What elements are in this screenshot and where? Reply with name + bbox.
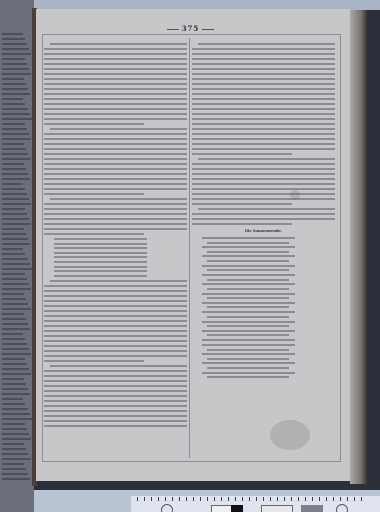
page-number: 375 [182,24,200,33]
poem-line [207,297,289,299]
poem-line [207,376,289,378]
text-line [44,355,187,357]
text-line [44,48,187,50]
text-line [2,313,24,315]
text-line [192,153,292,155]
poem-line [202,246,295,248]
text-line [192,188,335,190]
poem-line [54,261,147,263]
text-line [44,143,187,145]
ruler-patch-black [231,505,243,512]
text-line [2,98,23,100]
text-line [2,383,26,385]
text-line [192,53,335,55]
text-line [50,128,187,130]
text-line [192,108,335,110]
paragraph [44,198,187,235]
text-line [2,73,31,75]
poem-line [202,237,295,239]
text-line [192,103,335,105]
text-line [2,108,28,110]
text-line [2,393,30,395]
text-line [2,58,25,60]
text-line [192,78,335,80]
text-line [44,300,187,302]
poem-line [202,265,295,267]
text-line [44,420,187,422]
text-line [192,113,335,115]
poem-line [202,362,295,364]
text-line [2,443,24,445]
text-line [2,243,30,245]
page-edge [350,10,368,484]
poem-line [54,247,147,249]
text-line [44,345,187,347]
ruler-patch-grey [301,505,323,512]
header-rule-left [167,29,179,30]
text-line [44,290,187,292]
text-line [44,93,187,95]
text-line [44,153,187,155]
poem-line [202,255,295,257]
text-line [44,78,187,80]
poem-line [202,274,295,276]
text-line [2,143,24,145]
text-line [44,103,187,105]
text-line [2,133,29,135]
text-line [2,408,28,410]
text-line [44,375,187,377]
text-line [2,148,26,150]
text-line [44,223,187,225]
poem-line [202,311,295,313]
text-line [44,350,187,352]
text-line [2,288,31,290]
text-line [192,73,335,75]
text-line [2,128,27,130]
page-header: 375 [42,24,339,33]
text-line [44,208,187,210]
paper-spot [290,190,300,200]
text-line [44,385,187,387]
text-line [44,425,187,427]
text-line [2,158,31,160]
text-line [44,213,187,215]
calibration-ruler [131,496,380,512]
text-line [2,308,31,310]
text-line [44,218,187,220]
text-line [44,138,187,140]
text-line [44,410,187,412]
text-line [2,358,25,360]
text-line [44,380,187,382]
poem-line [207,349,289,351]
poem-line [207,242,289,244]
text-line [44,173,187,175]
text-line [2,303,28,305]
text-line [44,330,187,332]
text-line [2,423,25,425]
ruler-ticks [137,497,367,501]
text-line [192,63,335,65]
text-line [192,178,335,180]
text-line [2,343,27,345]
right-column: Die Sonnenwende. [192,40,335,381]
text-line [192,118,335,120]
poem-line [207,269,289,271]
paragraph [44,128,187,195]
text-line [50,198,187,200]
header-rule-right [202,29,214,30]
ruler-target-circle-2 [336,504,348,512]
text-line [2,153,28,155]
text-line [44,158,187,160]
poem-line [207,316,289,318]
text-line [2,253,25,255]
text-line [2,248,23,250]
text-line [192,143,335,145]
text-line [44,73,187,75]
text-line [192,93,335,95]
text-line [2,118,32,120]
text-line [2,418,32,420]
poem-stanza [54,238,187,277]
text-line [2,228,24,230]
text-line [44,113,187,115]
text-line [44,228,187,230]
text-line [2,183,23,185]
poem-line [202,283,295,285]
left-column [44,40,187,430]
text-line [192,193,335,195]
poem-line [207,306,289,308]
text-line [2,53,31,55]
text-line [2,468,26,470]
text-line [2,413,30,415]
text-line [44,183,187,185]
text-line [44,68,187,70]
text-line [2,433,29,435]
text-line [2,38,25,40]
text-line [2,33,23,35]
poem-line [54,266,147,268]
text-line [50,365,187,367]
text-line [44,405,187,407]
text-line [198,158,335,160]
text-line [2,83,26,85]
text-line [192,98,335,100]
text-line [44,133,187,135]
text-line [192,168,335,170]
text-line [2,173,28,175]
poem-stanza [202,311,335,341]
text-line [2,123,25,125]
text-line [2,178,30,180]
text-line [192,128,335,130]
text-line [2,363,27,365]
text-line [2,438,31,440]
text-line [2,168,26,170]
text-line [44,395,187,397]
text-line [2,473,28,475]
poem-line [207,251,289,253]
text-line [50,43,187,45]
text-line [192,198,335,200]
text-line [192,163,335,165]
text-line [2,398,23,400]
poem-line [54,243,147,245]
text-line [44,285,187,287]
text-line [192,148,335,150]
text-line [44,88,187,90]
text-line [192,58,335,60]
text-line [198,208,335,210]
poem-line [54,270,147,272]
poem-line [202,372,295,374]
text-line [44,148,187,150]
text-line [2,448,26,450]
text-line [2,273,25,275]
text-line [44,118,187,120]
text-line [2,318,26,320]
paragraph [192,158,335,205]
poem-line [54,256,147,258]
poem-line [54,238,147,240]
poem-title: Die Sonnenwende. [192,229,335,234]
text-line [192,223,292,225]
text-line [44,108,187,110]
text-line [44,325,187,327]
text-line [44,370,187,372]
text-line [192,213,335,215]
text-line [44,400,187,402]
text-line [192,83,335,85]
poem-line [202,344,295,346]
text-line [2,163,24,165]
poem-line [202,321,295,323]
poem-line [207,288,289,290]
text-line [2,463,24,465]
text-line [44,320,187,322]
text-line [44,340,187,342]
text-line [2,403,25,405]
text-line [2,298,26,300]
text-line [44,188,187,190]
poem-line [202,353,295,355]
poem-line [54,252,147,254]
text-line [192,183,335,185]
text-line [2,378,24,380]
text-line [2,43,27,45]
text-line [44,168,187,170]
text-line [2,268,32,270]
text-line [44,123,144,125]
poem-stanza [202,274,335,308]
text-line [44,63,187,65]
text-line [2,453,28,455]
poem-stanza [202,237,335,271]
text-line [2,78,24,80]
text-line [192,88,335,90]
text-line [44,415,187,417]
text-line [44,390,187,392]
text-line [2,113,30,115]
text-line [192,123,335,125]
text-line [44,203,187,205]
paper-stain [270,420,310,450]
text-line [44,305,187,307]
text-line [192,48,335,50]
text-line [2,48,29,50]
text-line [2,203,31,205]
paragraph [44,365,187,427]
text-line [2,368,29,370]
text-line [198,43,335,45]
poem-line [207,260,289,262]
text-line [44,53,187,55]
text-line [2,223,31,225]
text-line [2,103,25,105]
text-line [2,338,25,340]
text-line [2,348,29,350]
paragraph [192,43,335,155]
column-divider [189,38,190,458]
text-line [2,258,28,260]
text-line [2,263,30,265]
text-line [44,360,144,362]
text-line [2,68,29,70]
poem-line [202,339,295,341]
text-line [2,138,31,140]
poem-line [202,302,295,304]
text-line [2,328,30,330]
paragraph [44,43,187,125]
facing-page-left [0,0,34,512]
text-line [2,333,23,335]
text-line [192,173,335,175]
text-line [192,68,335,70]
poem-line [207,279,289,281]
text-line [2,218,29,220]
poem-line [202,330,295,332]
text-line [2,213,27,215]
text-line [44,178,187,180]
text-line [2,353,31,355]
text-line [2,293,24,295]
text-line [44,335,187,337]
text-line [192,218,335,220]
text-line [2,478,30,480]
text-line [192,138,335,140]
text-line [44,193,144,195]
text-line [2,373,31,375]
text-line [44,58,187,60]
text-line [2,88,28,90]
text-line [2,208,25,210]
text-line [2,193,27,195]
ruler-target-circle [161,504,173,512]
text-line [2,458,31,460]
text-line [44,83,187,85]
text-line [2,63,27,65]
text-line [44,315,187,317]
text-line [192,133,335,135]
text-line [44,295,187,297]
text-line [2,198,29,200]
poem-line [207,358,289,360]
paragraph [44,280,187,362]
text-line [2,323,28,325]
text-line [192,203,292,205]
ruler-patch-light [261,505,293,512]
text-line [2,188,25,190]
text-line [2,283,29,285]
text-line [2,428,27,430]
text-line [44,233,144,235]
text-line [2,278,27,280]
poem-line [207,367,289,369]
text-line [50,280,187,282]
text-line [2,238,28,240]
poem-stanza [202,344,335,378]
facing-page-text [2,30,32,483]
text-line [2,388,28,390]
text-line [44,98,187,100]
poem-line [207,334,289,336]
text-line [2,233,26,235]
poem-line [207,325,289,327]
text-line [44,310,187,312]
paragraph [192,208,335,225]
text-line [2,93,30,95]
poem-line [54,275,147,277]
poem-line [202,293,295,295]
text-line [44,163,187,165]
